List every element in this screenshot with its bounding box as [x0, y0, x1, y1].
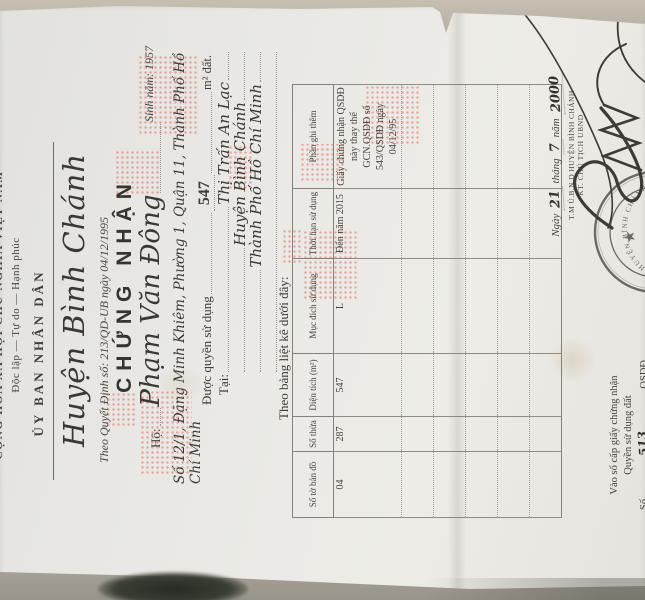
paper-stain: [150, 370, 210, 400]
dark-object-below-paper: [98, 572, 248, 600]
document-rotated-plane: CỘNG HÒA XÃ HỘI CHỦ NGHĨA VIỆT NAM Độc l…: [0, 0, 645, 600]
paper-stain: [550, 335, 595, 385]
shadow-bottom-right: [425, 578, 645, 600]
scanned-photo: CỘNG HÒA XÃ HỘI CHỦ NGHĨA VIỆT NAM Độc l…: [0, 0, 645, 600]
certificate-paper: CỘNG HÒA XÃ HỘI CHỦ NGHĨA VIỆT NAM Độc l…: [0, 0, 645, 600]
paper-fold-crease: [448, 0, 466, 600]
stamp-and-signature-layer: UBND HUYỆN BÌNH CHÁNH ★: [0, 0, 645, 600]
stamp-star-icon: ★: [622, 229, 640, 245]
pen-signature: [512, 1, 645, 228]
